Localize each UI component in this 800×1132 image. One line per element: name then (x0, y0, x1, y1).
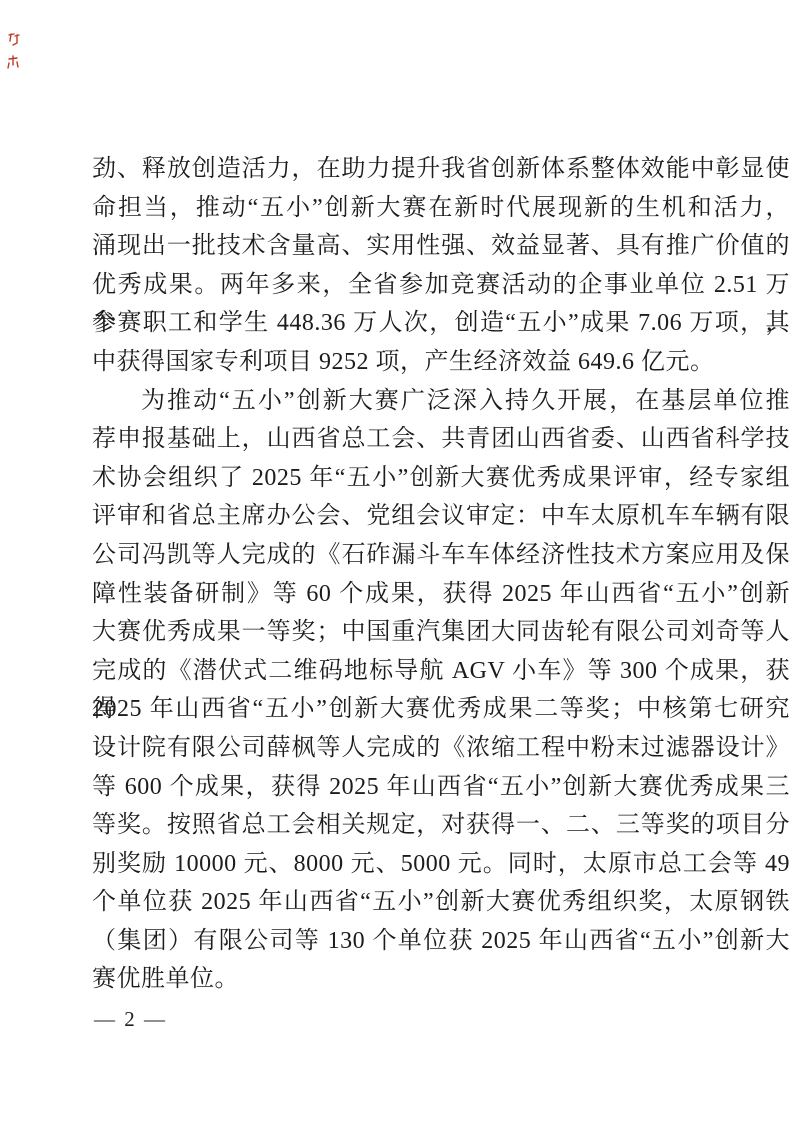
text-line: 公司冯凯等人完成的《石砟漏斗车车体经济性技术方案应用及保 (92, 536, 790, 575)
red-scan-mark-bottom (6, 55, 20, 71)
text-line: 完成的《潜伏式二维码地标导航 AGV 小车》等 300 个成果，获得 (92, 652, 790, 691)
text-line: 别奖励 10000 元、8000 元、5000 元。同时，太原市总工会等 49 (92, 845, 790, 884)
body-text-block: 劲、释放创造活力，在助力提升我省创新体系整体效能中彰显使命担当，推动“五小”创新… (92, 150, 790, 999)
document-page: 劲、释放创造活力，在助力提升我省创新体系整体效能中彰显使命担当，推动“五小”创新… (0, 0, 800, 1132)
text-line: 等奖。按照省总工会相关规定，对获得一、二、三等奖的项目分 (92, 806, 790, 845)
text-line: 赛优胜单位。 (92, 960, 790, 999)
red-scan-mark-top (7, 32, 21, 48)
text-line: 个单位获 2025 年山西省“五小”创新大赛优秀组织奖，太原钢铁 (92, 883, 790, 922)
text-line: 涌现出一批技术含量高、实用性强、效益显著、具有推广价值的 (92, 227, 790, 266)
text-line: 评审和省总主席办公会、党组会议审定：中车太原机车车辆有限 (92, 497, 790, 536)
text-line: 为推动“五小”创新大赛广泛深入持久开展，在基层单位推 (92, 382, 790, 421)
text-line: （集团）有限公司等 130 个单位获 2025 年山西省“五小”创新大 (92, 922, 790, 961)
text-line: 2025 年山西省“五小”创新大赛优秀成果二等奖；中核第七研究 (92, 690, 790, 729)
text-line: 大赛优秀成果一等奖；中国重汽集团大同齿轮有限公司刘奇等人 (92, 613, 790, 652)
text-line: 设计院有限公司薛枫等人完成的《浓缩工程中粉末过滤器设计》 (92, 729, 790, 768)
text-line: 命担当，推动“五小”创新大赛在新时代展现新的生机和活力， (92, 189, 790, 228)
text-line: 荐申报基础上，山西省总工会、共青团山西省委、山西省科学技 (92, 420, 790, 459)
text-line: 优秀成果。两年多来，全省参加竞赛活动的企事业单位 2.51 万个， (92, 266, 790, 305)
text-line: 中获得国家专利项目 9252 项，产生经济效益 649.6 亿元。 (92, 343, 790, 382)
text-line: 术协会组织了 2025 年“五小”创新大赛优秀成果评审，经专家组 (92, 459, 790, 498)
text-line: 参赛职工和学生 448.36 万人次，创造“五小”成果 7.06 万项，其 (92, 304, 790, 343)
text-line: 劲、释放创造活力，在助力提升我省创新体系整体效能中彰显使 (92, 150, 790, 189)
text-line: 障性装备研制》等 60 个成果，获得 2025 年山西省“五小”创新 (92, 575, 790, 614)
text-line: 等 600 个成果，获得 2025 年山西省“五小”创新大赛优秀成果三 (92, 768, 790, 807)
page-number: — 2 — (94, 1004, 167, 1034)
